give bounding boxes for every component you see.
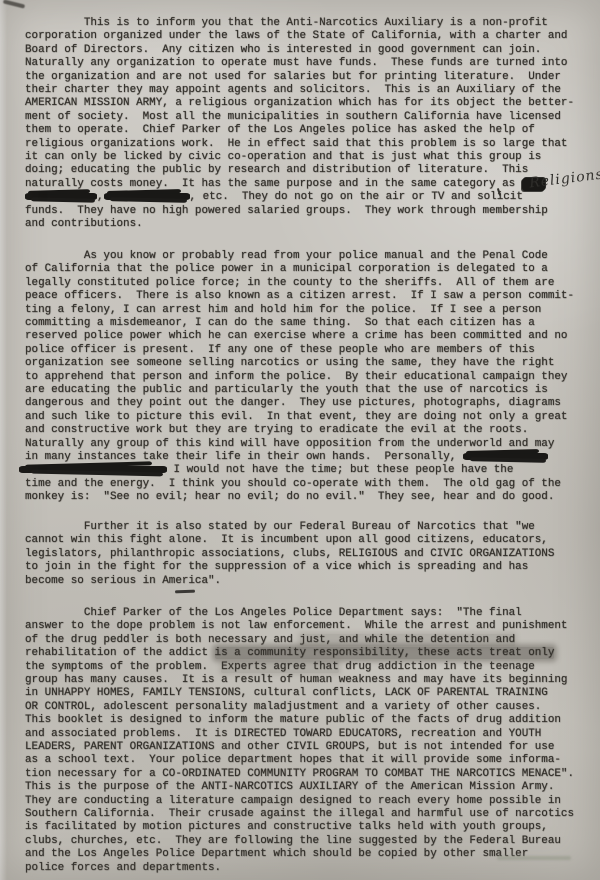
line17-text: I would not have the time; but these peo… <box>167 464 513 476</box>
smudge-mark <box>497 856 571 860</box>
paragraph-4-text: Chief Parker of the Los Angeles Police D… <box>25 607 587 634</box>
paragraph-1-text: This is to inform you that the Anti-Narc… <box>25 17 587 178</box>
paragraph-3-text: Further it is also stated by our Federal… <box>25 521 587 588</box>
paragraph-4-line5: the symptoms of the problem. Experts agr… <box>25 661 587 674</box>
paragraph-2: As you know or probably read from your p… <box>25 250 587 505</box>
paragraph-2-line17: I would not have the time; but these peo… <box>25 464 587 477</box>
paragraph-1: This is to inform you that the Anti-Narc… <box>25 17 587 231</box>
line4-pre: rehabilitation of the addict <box>25 647 215 659</box>
paragraph-3: Further it is also stated by our Federal… <box>25 521 587 588</box>
redaction-scribble <box>104 193 190 200</box>
paragraph-4-line3: of the drug peddler is both necessary an… <box>25 634 587 647</box>
paper-edge <box>0 0 7 880</box>
line13-text: naturally costs money. It has the same p… <box>25 178 522 190</box>
paragraph-1-line13: naturally costs money. It has the same p… <box>25 178 587 191</box>
redaction-scribble <box>19 466 167 473</box>
smudged-text: just, and while the detention and <box>300 634 516 646</box>
redaction-scribble <box>463 453 548 460</box>
paragraph-2-text-end: time and the energy. I think you should … <box>25 478 587 505</box>
paragraph-4-line4: rehabilitation of the addict is a commun… <box>25 647 587 660</box>
paragraph-1-line14: ,, etc. They do not go on the air or TV … <box>25 191 587 204</box>
paragraph-4-text-end: group has many causes. It is a result of… <box>25 674 587 875</box>
line5-post: drug addiction in the teenage <box>339 661 535 673</box>
line5-pre: the symptoms of the problem. <box>25 661 221 673</box>
paragraph-1-text-end: funds. They have no high powered salarie… <box>25 205 587 232</box>
line14-text: , etc. They do not go on the air or TV a… <box>190 191 523 203</box>
paragraph-4: Chief Parker of the Los Angeles Police D… <box>25 607 587 875</box>
line16-text: in many instances take their life in the… <box>25 451 463 463</box>
paragraph-2-text: As you know or probably read from your p… <box>25 250 587 451</box>
highlighted-text: is a community responsibility, these act… <box>215 647 555 659</box>
document-page: This is to inform you that the Anti-Narc… <box>0 0 600 880</box>
handwritten-dash <box>175 590 195 594</box>
line3-pre: of the drug peddler is both necessary an… <box>25 634 300 646</box>
redaction-scribble <box>25 193 97 200</box>
smudged-text: Experts agree that <box>221 661 339 673</box>
